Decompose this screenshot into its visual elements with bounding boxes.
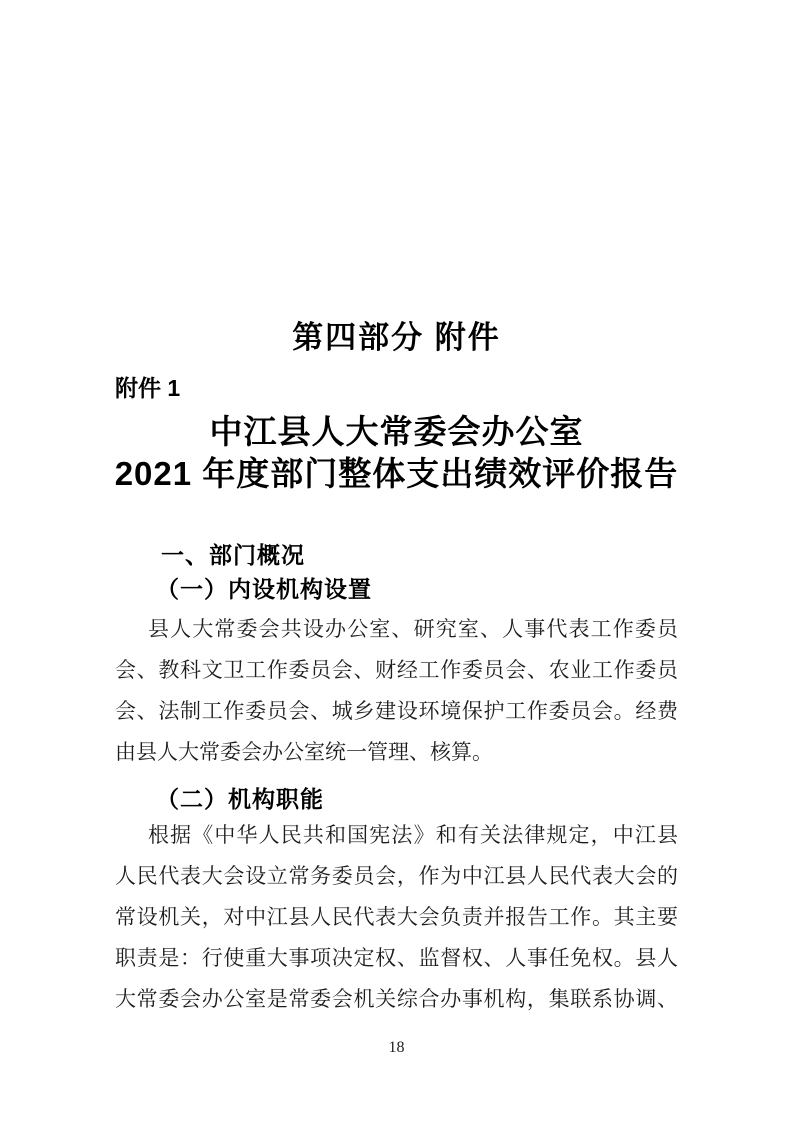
report-title-line1: 中江县人大常委会办公室 bbox=[0, 406, 793, 453]
text-line: 大常委会办公室是常委会机关综合办事机构，集联系协调、 bbox=[115, 979, 678, 1020]
section-heading-department-overview: 一、部门概况 bbox=[161, 537, 305, 570]
text-line: 人民代表大会设立常务委员会，作为中江县人民代表大会的 bbox=[115, 856, 678, 897]
text-line: 会、法制工作委员会、城乡建设环境保护工作委员会。经费 bbox=[115, 691, 678, 732]
document-page: 第四部分 附件 附件 1 中江县人大常委会办公室 2021 年度部门整体支出绩效… bbox=[0, 0, 793, 1122]
text-line: 根据《中华人民共和国宪法》和有关法律规定，中江县 bbox=[115, 815, 678, 856]
text-line: 由县人大常委会办公室统一管理、核算。 bbox=[115, 732, 678, 773]
text-line: 职责是：行使重大事项决定权、监督权、人事任免权。县人 bbox=[115, 938, 678, 979]
text-line: 县人大常委会共设办公室、研究室、人事代表工作委员 bbox=[115, 609, 678, 650]
attachment-number-label: 附件 1 bbox=[115, 370, 180, 403]
subsection-heading-organizational-functions: （二）机构职能 bbox=[156, 781, 324, 814]
text-line: 会、教科文卫工作委员会、财经工作委员会、农业工作委员 bbox=[115, 650, 678, 691]
paragraph-internal-structure: 县人大常委会共设办公室、研究室、人事代表工作委员会、教科文卫工作委员会、财经工作… bbox=[115, 609, 678, 773]
subsection-heading-internal-structure: （一）内设机构设置 bbox=[156, 571, 372, 604]
text-line: 常设机关，对中江县人民代表大会负责并报告工作。其主要 bbox=[115, 897, 678, 938]
paragraph-organizational-functions: 根据《中华人民共和国宪法》和有关法律规定，中江县人民代表大会设立常务委员会，作为… bbox=[115, 815, 678, 1020]
part-title: 第四部分 附件 bbox=[0, 312, 793, 357]
page-number: 18 bbox=[0, 1039, 793, 1057]
report-title-line2: 2021 年度部门整体支出绩效评价报告 bbox=[0, 448, 793, 495]
